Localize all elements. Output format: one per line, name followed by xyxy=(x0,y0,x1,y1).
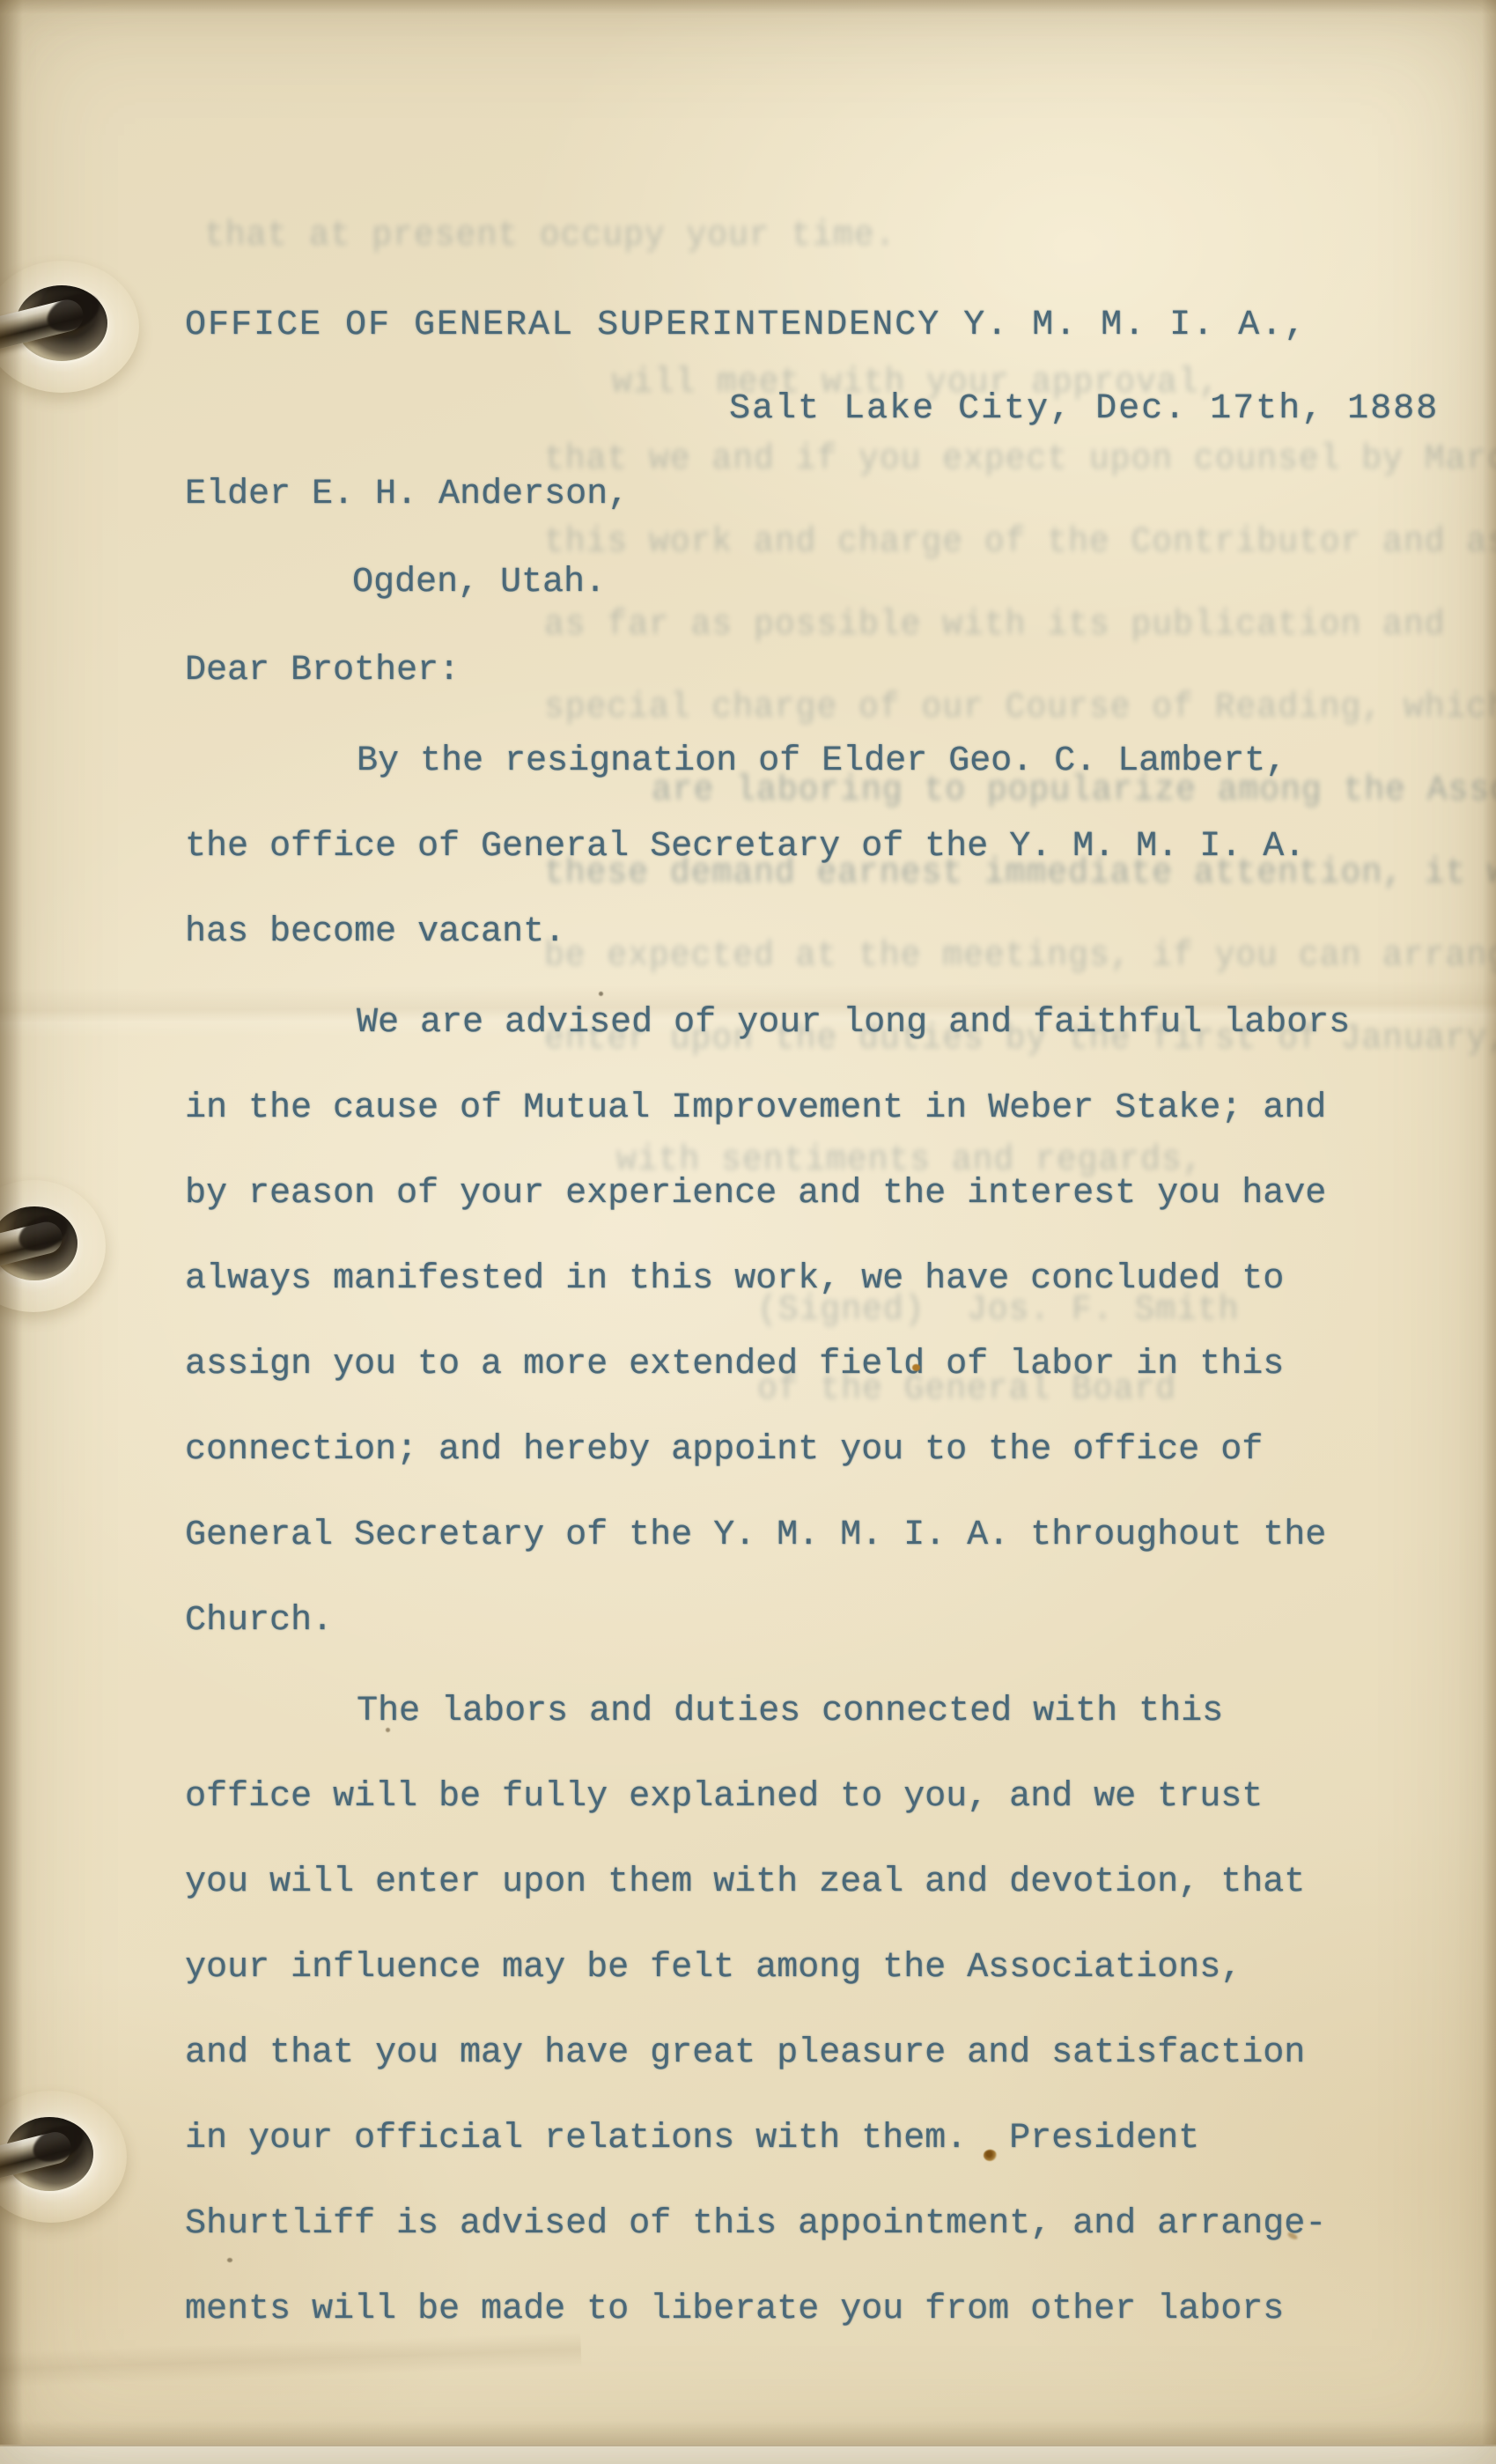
letter-line: ments will be made to liberate you from … xyxy=(185,2291,1284,2329)
paper-speck xyxy=(227,2258,232,2262)
letter-line: the office of General Secretary of the Y… xyxy=(185,828,1305,867)
page-bottom-shadow xyxy=(0,2420,1496,2446)
letter-line: by reason of your experience and the int… xyxy=(185,1175,1326,1214)
paper-crease xyxy=(0,2332,581,2388)
letter-line: always manifested in this work, we have … xyxy=(185,1260,1284,1299)
letter-line: your influence may be felt among the Ass… xyxy=(185,1949,1242,1988)
ghost-line: as far as possible with its publication … xyxy=(544,605,1446,645)
paper-stain xyxy=(912,1364,920,1371)
ghost-line: special charge of our Course of Reading,… xyxy=(544,688,1496,727)
next-page-edge xyxy=(0,2445,1496,2464)
salutation: Dear Brother: xyxy=(185,652,460,690)
ghost-line: that at present occupy your time. xyxy=(204,216,896,255)
letter-page: that at present occupy your time.will me… xyxy=(0,0,1496,2464)
letter-line: The labors and duties connected with thi… xyxy=(357,1693,1223,1731)
letter-line: Church. xyxy=(185,1602,333,1641)
letter-line: office will be fully explained to you, a… xyxy=(185,1778,1263,1817)
ghost-line: this work and charge of the Contributor … xyxy=(544,522,1496,562)
letter-line: Shurtliff is advised of this appointment… xyxy=(185,2205,1326,2244)
paper-stain xyxy=(984,2150,997,2161)
paper-speck xyxy=(599,992,603,996)
letter-line: By the resignation of Elder Geo. C. Lamb… xyxy=(357,742,1286,781)
letter-line: has become vacant. xyxy=(185,913,565,952)
page-right-edge-shadow xyxy=(1482,0,1496,2464)
paper-speck xyxy=(386,1728,390,1732)
recipient-name: Elder E. H. Anderson, xyxy=(185,476,629,514)
letter-line: connection; and hereby appoint you to th… xyxy=(185,1431,1263,1470)
letter-line: assign you to a more extended field of l… xyxy=(185,1346,1284,1384)
ghost-line: be expected at the meetings, if you can … xyxy=(544,936,1496,976)
letter-line: in your official relations with them. Pr… xyxy=(185,2120,1199,2158)
letter-line: General Secretary of the Y. M. M. I. A. … xyxy=(185,1516,1326,1555)
ghost-line: that we and if you expect upon counsel b… xyxy=(544,439,1496,479)
letter-line: and that you may have great pleasure and… xyxy=(185,2034,1305,2073)
letterhead-line: OFFICE OF GENERAL SUPERINTENDENCY Y. M. … xyxy=(185,306,1307,345)
page-top-edge-shadow xyxy=(0,0,1496,14)
letter-line: you will enter upon them with zeal and d… xyxy=(185,1863,1305,1902)
recipient-city: Ogden, Utah. xyxy=(352,564,606,602)
letter-line: in the cause of Mutual Improvement in We… xyxy=(185,1089,1326,1128)
letter-line: We are advised of your long and faithful… xyxy=(357,1004,1350,1043)
dateline: Salt Lake City, Dec. 17th, 1888 xyxy=(729,390,1439,429)
